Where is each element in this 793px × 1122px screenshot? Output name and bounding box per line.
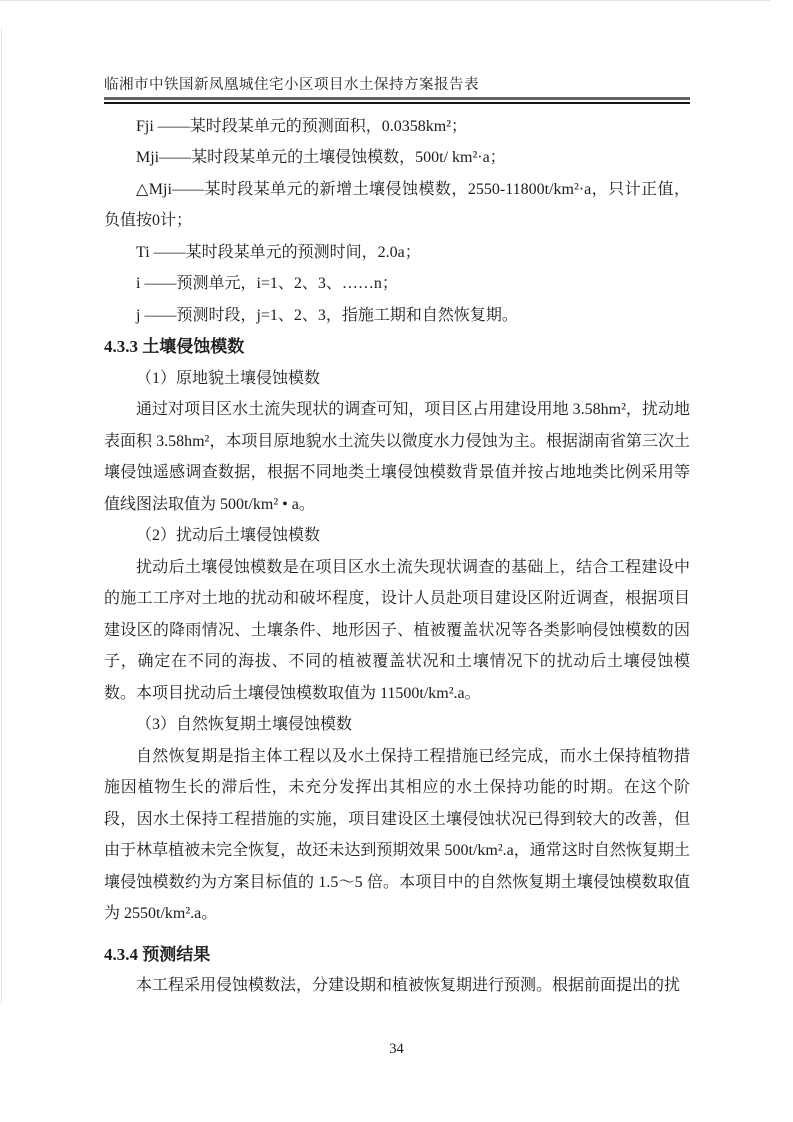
definition-ti: Ti ——某时段某单元的预测时间，2.0a；: [104, 237, 690, 269]
paragraph-original-landform: 通过对项目区水土流失现状的调查可知，项目区占用建设用地 3.58hm²，扰动地表…: [104, 394, 690, 520]
body-text: Fji ——某时段某单元的预测面积，0.0358km²； Mji——某时段某单元…: [104, 111, 690, 1002]
paragraph-natural-recovery: 自然恢复期是指主体工程以及水土保持工程措施已经完成，而水土保持植物措施因植物生长…: [104, 741, 690, 930]
definition-delta-mji: △Mji——某时段某单元的新增土壤侵蚀模数，2550-11800t/km²·a，…: [104, 174, 690, 237]
scan-edge-left: [1, 28, 2, 1003]
paragraph-disturbed: 扰动后土壤侵蚀模数是在项目区水土流失现状调查的基础上，结合工程建设中的施工工序对…: [104, 552, 690, 710]
section-heading-4-3-4: 4.3.4 预测结果: [104, 939, 690, 971]
subheading-original-landform: （1）原地貌土壤侵蚀模数: [104, 363, 690, 395]
definition-j: j ——预测时段，j=1、2、3，指施工期和自然恢复期。: [104, 300, 690, 332]
page-content: 临湘市中铁国新凤凰城住宅小区项目水土保持方案报告表 Fji ——某时段某单元的预…: [104, 0, 690, 1002]
running-header-title: 临湘市中铁国新凤凰城住宅小区项目水土保持方案报告表: [104, 76, 690, 95]
section-heading-4-3-3: 4.3.3 土壤侵蚀模数: [104, 331, 690, 363]
page-number: 34: [0, 1040, 793, 1058]
paragraph-prediction-results: 本工程采用侵蚀模数法，分建设期和植被恢复期进行预测。根据前面提出的扰: [104, 970, 690, 1002]
definition-fji: Fji ——某时段某单元的预测面积，0.0358km²；: [104, 111, 690, 143]
subheading-natural-recovery: （3）自然恢复期土壤侵蚀模数: [104, 709, 690, 741]
document-page: 临湘市中铁国新凤凰城住宅小区项目水土保持方案报告表 Fji ——某时段某单元的预…: [0, 0, 793, 1122]
definition-i: i ——预测单元，i=1、2、3、……n；: [104, 268, 690, 300]
subheading-disturbed: （2）扰动后土壤侵蚀模数: [104, 520, 690, 552]
header-double-rule: [104, 97, 690, 104]
definition-mji: Mji——某时段某单元的土壤侵蚀模数，500t/ km²·a；: [104, 142, 690, 174]
